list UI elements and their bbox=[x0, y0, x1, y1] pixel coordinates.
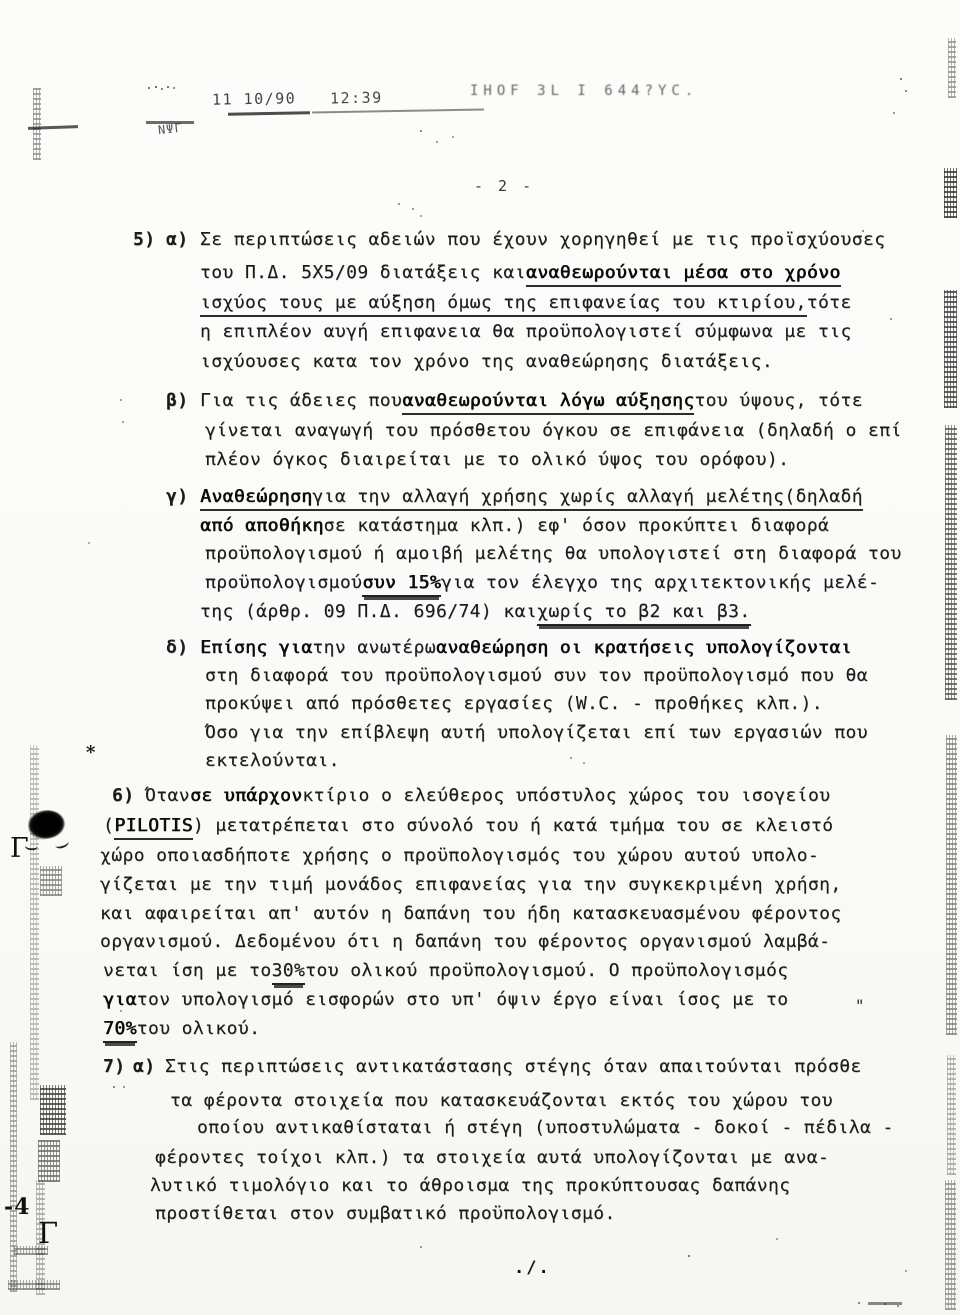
text-segment: ) μετατρέπεται στο σύνολό του ή κατά τμή… bbox=[193, 815, 834, 837]
text-segment: 70% bbox=[103, 1018, 137, 1043]
text-line: ισχύος τους με αύξηση όμως της επιφανεία… bbox=[200, 292, 852, 317]
text-segment: ισχύουσες κατα τον χρόνο της αναθεώρησης… bbox=[200, 351, 773, 373]
scan-smudge bbox=[947, 1055, 956, 1175]
item-letter: α) bbox=[133, 1056, 155, 1078]
text-segment: αναθεωρούνται λόγω αύξησης bbox=[402, 390, 694, 415]
ink-smear bbox=[14, 1246, 48, 1255]
text-line: του Π.Δ. 5Χ5/09 διατάξεις και αναθεωρούν… bbox=[200, 262, 841, 287]
text-segment: Στις περιπτώσεις αντικατάστασης στέγης ό… bbox=[165, 1056, 862, 1078]
item-letter: β) bbox=[166, 390, 188, 412]
text-segment: εκτελούνται. bbox=[205, 750, 340, 772]
text-line: Επίσης για την ανωτέρω αναθεώρηση οι κρα… bbox=[200, 637, 852, 659]
text-line: φέροντες τοίχοι κλπ.) τα στοιχεία αυτά υ… bbox=[155, 1147, 829, 1169]
text-segment: του ολικού. bbox=[137, 1018, 261, 1040]
scan-smudge bbox=[948, 38, 956, 98]
scan-smudge bbox=[944, 290, 957, 408]
text-line: από αποθήκη σε κατάστημα κλπ.) εφ' όσον … bbox=[200, 515, 829, 537]
ink-smear bbox=[40, 1085, 66, 1135]
text-line: προκύψει από πρόσθετες εργασίες (W.C. - … bbox=[205, 693, 823, 715]
text-segment: γίνεται αναγωγή του πρόσθετου όγκου σε ε… bbox=[205, 420, 902, 442]
text-segment: ισχύος τους με αύξηση όμως της επιφανεία… bbox=[200, 292, 807, 317]
text-line: προϋπολογισμού ή αμοιβή μελέτης θα υπολο… bbox=[205, 543, 902, 565]
text-segment: οργανισμού. Δεδομένου ότι η δαπάνη του φ… bbox=[100, 931, 830, 953]
text-line: οργανισμού. Δεδομένου ότι η δαπάνη του φ… bbox=[100, 931, 830, 953]
page-number: - 2 - bbox=[474, 177, 534, 195]
text-segment: σε υπάρχον bbox=[190, 785, 302, 807]
continuation-mark: ./. bbox=[514, 1258, 551, 1278]
text-line: και αφαιρείται απ' αυτόν η δαπάνη του ήδ… bbox=[100, 903, 842, 925]
text-segment: προκύψει από πρόσθετες εργασίες (W.C. - … bbox=[205, 693, 823, 715]
margin-page-note: -4 bbox=[4, 1194, 30, 1220]
stray-dash bbox=[868, 1302, 902, 1305]
text-line: Σε περιπτώσεις αδειών που έχουν χορηγηθε… bbox=[200, 229, 885, 251]
item-number: 6) bbox=[112, 785, 134, 807]
text-segment: Για τις άδειες που bbox=[200, 390, 402, 412]
text-segment: του ύψους, τότε bbox=[694, 390, 863, 412]
text-segment: προϋπολογισμού ή αμοιβή μελέτης θα υπολο… bbox=[205, 543, 902, 565]
text-line: προστίθεται στον συμβατικό προϋπολογισμό… bbox=[155, 1203, 616, 1225]
text-line: οποίου αντικαθίσταται ή στέγη (υποστυλώμ… bbox=[197, 1117, 894, 1139]
text-line: χώρο οποιασδήποτε χρήσης ο προϋπολογισμό… bbox=[100, 845, 819, 867]
text-segment: του ολικού προϋπολογισμού. Ο προϋπολογισ… bbox=[305, 960, 788, 982]
text-line: τα φέροντα στοιχεία που κατασκευάζονται … bbox=[170, 1090, 833, 1112]
text-line: λυτικό τιμολόγιο και το άθροισμα της προ… bbox=[150, 1175, 791, 1197]
text-segment: για την αλλαγή χρήσης χωρίς αλλαγή μελέτ… bbox=[312, 486, 784, 511]
text-line: η επιπλέον αυγή επιφανεια θα προϋπολογισ… bbox=[200, 321, 852, 343]
scan-smudge bbox=[36, 1180, 45, 1295]
fax-station-id: IHOF 3L I 644?YC. bbox=[470, 83, 698, 99]
header-underline bbox=[228, 111, 310, 115]
fax-date: 11 10/90 bbox=[212, 89, 297, 108]
text-segment: νεται ίση με το bbox=[103, 960, 272, 982]
text-segment: γίζεται με την τιμή μονάδος επιφανείας γ… bbox=[100, 874, 842, 896]
text-line: Αναθεώρηση για την αλλαγή χρήσης χωρίς α… bbox=[200, 486, 863, 511]
scan-smudge bbox=[30, 745, 39, 1100]
text-line: στη διαφορά του προϋπολογισμού συν τον π… bbox=[205, 665, 868, 687]
text-line: (PILOTIS) μετατρέπεται στο σύνολό του ή … bbox=[103, 815, 833, 840]
ink-smear bbox=[8, 1280, 60, 1290]
ink-smear bbox=[40, 866, 62, 896]
text-segment: για bbox=[103, 989, 137, 1011]
scan-smudge bbox=[946, 735, 957, 1035]
text-line: γίζεται με την τιμή μονάδος επιφανείας γ… bbox=[100, 874, 842, 896]
text-segment: προστίθεται στον συμβατικό προϋπολογισμό… bbox=[155, 1203, 616, 1225]
text-segment: αναθεώρηση οι κρατήσεις υπολογίζονται bbox=[436, 637, 852, 659]
text-line: εκτελούνται. bbox=[205, 750, 340, 772]
text-segment: η επιπλέον αυγή επιφανεια θα προϋπολογισ… bbox=[200, 321, 852, 343]
text-segment: αναθεωρούνται μέσα στο χρόνο bbox=[526, 262, 841, 287]
text-segment: τα φέροντα στοιχεία που κατασκευάζονται … bbox=[170, 1090, 833, 1112]
item-letter: α) bbox=[166, 229, 188, 251]
fax-time: 12:39 bbox=[330, 89, 383, 108]
text-segment: χώρο οποιασδήποτε χρήσης ο προϋπολογισμό… bbox=[100, 845, 819, 867]
text-line: πλέον όγκος διαιρείται με το ολικό ύψος … bbox=[205, 449, 789, 471]
text-line: 70% του ολικού. bbox=[103, 1018, 260, 1043]
item-number: 5) bbox=[133, 229, 155, 251]
text-segment: Όταν bbox=[145, 785, 190, 807]
item-letter: δ) bbox=[166, 637, 188, 659]
text-segment: Επίσης για bbox=[200, 637, 312, 659]
text-segment: σε κατάστημα κλπ.) εφ' όσον προκύπτει δι… bbox=[324, 515, 830, 537]
text-segment: τον υπολογισμό εισφορών στο υπ' όψιν έργ… bbox=[137, 989, 789, 1011]
scan-noise-specks bbox=[0, 0, 2, 2]
text-segment: από αποθήκη bbox=[200, 515, 324, 537]
text-segment: (δηλαδή bbox=[784, 486, 863, 511]
text-segment: της (άρθρ. 09 Π.Δ. 696/74) και bbox=[200, 601, 537, 623]
text-line: Στις περιπτώσεις αντικατάστασης στέγης ό… bbox=[165, 1056, 862, 1078]
text-segment: 30% bbox=[272, 960, 306, 985]
text-segment: του Π.Δ. 5Χ5/09 διατάξεις και bbox=[200, 262, 526, 284]
ink-smear bbox=[38, 1140, 60, 1182]
text-segment: φέροντες τοίχοι κλπ.) τα στοιχεία αυτά υ… bbox=[155, 1147, 829, 1169]
header-underline bbox=[312, 108, 484, 113]
scan-smudge bbox=[944, 168, 957, 218]
header-dash bbox=[146, 121, 194, 124]
text-line: νεται ίση με το 30% του ολικού προϋπολογ… bbox=[103, 960, 788, 985]
margin-asterisk: * bbox=[86, 742, 95, 763]
text-segment: χωρίς το β2 και β3. bbox=[537, 601, 751, 626]
scan-smudge bbox=[945, 1180, 956, 1310]
text-line: Όσο για την επίβλεψη αυτή υπολογίζεται ε… bbox=[205, 722, 868, 744]
text-segment: για τον έλεγχο της αρχιτεκτονικής μελέ- bbox=[441, 572, 879, 594]
text-segment: κτίριο ο ελεύθερος υπόστυλος χώρος του ι… bbox=[302, 785, 830, 807]
text-segment: και αφαιρείται απ' αυτόν η δαπάνη του ήδ… bbox=[100, 903, 842, 925]
text-segment: στη διαφορά του προϋπολογισμού συν τον π… bbox=[205, 665, 868, 687]
item-letter: γ) bbox=[166, 486, 188, 508]
scan-smudge bbox=[945, 425, 957, 700]
text-segment: τότε bbox=[807, 292, 852, 314]
stray-quote-mark: " bbox=[856, 996, 863, 1015]
text-line: της (άρθρ. 09 Π.Δ. 696/74) και χωρίς το … bbox=[200, 601, 751, 626]
text-line: για τον υπολογισμό εισφορών στο υπ' όψιν… bbox=[103, 989, 788, 1011]
text-segment: οποίου αντικαθίσταται ή στέγη (υποστυλώμ… bbox=[197, 1117, 894, 1139]
text-segment: προϋπολογισμού bbox=[205, 572, 362, 594]
scan-smudge bbox=[33, 88, 41, 160]
text-segment: Σε περιπτώσεις αδειών που έχουν χορηγηθε… bbox=[200, 229, 885, 251]
text-segment: PILOTIS bbox=[114, 815, 193, 840]
item-number: 7) bbox=[103, 1056, 125, 1078]
text-line: ισχύουσες κατα τον χρόνο της αναθεώρησης… bbox=[200, 351, 773, 373]
text-segment: ( bbox=[103, 815, 114, 837]
scanned-fax-page: 11 10/90 12:39 IHOF 3L I 644?YC. ΝΨΓ - 2… bbox=[0, 0, 960, 1315]
text-segment: λυτικό τιμολόγιο και το άθροισμα της προ… bbox=[150, 1175, 791, 1197]
text-segment: συν 15% bbox=[362, 572, 441, 597]
text-line: Για τις άδειες που αναθεωρούνται λόγω αύ… bbox=[200, 390, 863, 415]
text-segment: την ανωτέρω bbox=[312, 637, 436, 659]
text-line: γίνεται αναγωγή του πρόσθετου όγκου σε ε… bbox=[205, 420, 902, 442]
text-segment: Όσο για την επίβλεψη αυτή υπολογίζεται ε… bbox=[205, 722, 868, 744]
text-segment: Αναθεώρηση bbox=[200, 486, 312, 511]
text-line: προϋπολογισμού συν 15% για τον έλεγχο τη… bbox=[205, 572, 879, 597]
text-line: Όταν σε υπάρχον κτίριο ο ελεύθερος υπόστ… bbox=[145, 785, 830, 807]
text-segment: πλέον όγκος διαιρείται με το ολικό ύψος … bbox=[205, 449, 789, 471]
